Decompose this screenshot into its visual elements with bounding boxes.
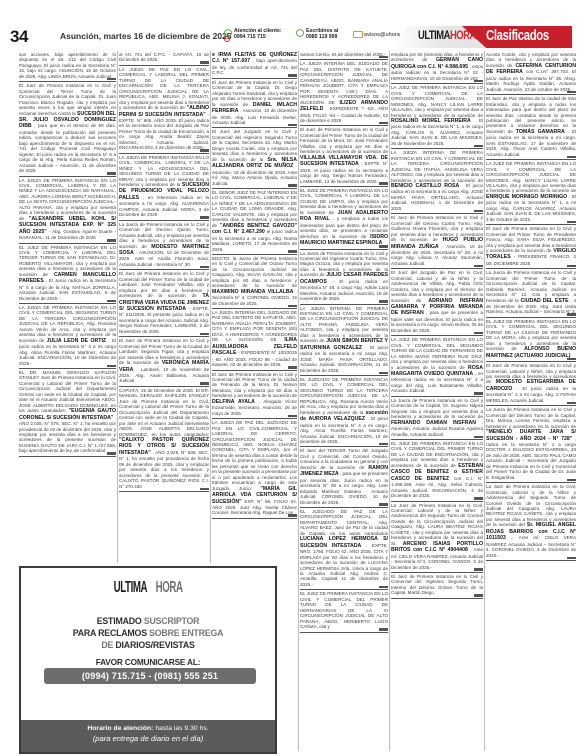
notice-id-tag (567, 91, 576, 94)
notice-text: EL JUEZ DE PRIMERA INSTANCIA EN LO CIVIL… (300, 591, 388, 629)
ad-hours-label: Horario de atención: (87, 725, 153, 732)
notice-subject: MAXIMINO MIRANDA VILLALBA (212, 289, 293, 295)
brand-logo-part1: ULTIMA (418, 30, 450, 42)
notice-id-tag (474, 594, 483, 597)
notice-id-tag (200, 266, 209, 269)
notice-subject: CIUDAD DEL ESTE (521, 298, 569, 304)
legal-notice: EL JUZGADO DE PRIMERA INSTANCIA EN LO CI… (300, 376, 388, 447)
notice-id-tag (288, 74, 297, 77)
legal-notice: El Juez de Primera Instancia en lo Civil… (486, 362, 576, 406)
legal-notice: LA JUEZA INTERINA DE PRIMERA INSTANCIA E… (391, 149, 483, 214)
envelope-icon (353, 31, 363, 38)
notice-subject: DELFINA AYALA (212, 399, 255, 405)
notice-id-tag (474, 497, 483, 500)
legal-notice: EDICTO: la Jueza de Primera Instancia en… (212, 255, 297, 309)
ad-hours-footer: Horario de atención: hasta las 9.30 hs. … (21, 720, 275, 752)
notice-text: sus acciones, bajo apercibimiento de lo … (19, 52, 116, 79)
notice-text: LA JUEZA DE PAZ DEL JUZGADO DE PAZ EN LO… (212, 420, 297, 490)
brand-logo: ULTIMAHORA (418, 30, 476, 42)
ad-heading-line1: ESTIMADO SUSCRIPTOR (21, 616, 275, 626)
legal-notice: La Jueza de Primera Instancia en lo Civi… (486, 269, 576, 318)
ad-line3-bold: DIARIOS/REVISTAS (115, 640, 194, 650)
notice-id-tag (200, 382, 209, 385)
notice-id-tag (288, 415, 297, 418)
legal-notice: e IRMA FLEITAS DE QUIÑONEZ C.I. N° 157.6… (212, 51, 297, 79)
legal-notice: al Art. 741 del C.P.C. - CAPIATÁ, 10 de … (119, 51, 209, 66)
customer-service-contact: Atención al cliente: 0994 715 715 (234, 28, 282, 41)
ad-line1-bold: ESTIMADO (97, 616, 142, 626)
legal-notice: LA JUEZ DE PRIMERA INSTANCIA EN LO CIVIL… (391, 336, 483, 397)
column-2: al Art. 741 del C.P.C. - CAPIATÁ, 10 de … (119, 51, 209, 563)
legal-notice: La Jueza de Primera Instancia en lo Civi… (486, 406, 576, 483)
notice-id-tag (107, 172, 116, 175)
notice-id-tag (474, 392, 483, 395)
whatsapp-contact: Escríbinos al 0985 119 999 (306, 28, 338, 41)
notice-text: al Art. 741 del C.P.C. - CAPIATÁ, 10 de … (119, 52, 209, 62)
notice-text: El Juez de Primera Instancia en lo Civil… (300, 127, 388, 154)
notice-id-tag (107, 300, 116, 303)
notice-text: LA JUEZ DE PRIMERA INSTANCIA EN LO CIVIL… (486, 161, 576, 193)
notice-subject: JULIA LEON DE ORTIZ (47, 338, 106, 344)
notice-id-tag (200, 333, 209, 336)
notice-id-tag (107, 452, 116, 455)
notice-id-tag (567, 479, 576, 482)
legal-notice: sus acciones, bajo apercibimiento de lo … (19, 51, 116, 82)
notice-text: La Jueza de Primera Instancia en lo Civi… (486, 407, 576, 428)
legal-notice: El Juez de Primera Instancia en lo Civil… (486, 225, 576, 269)
legal-notice: El Juez de Primera Instancia en lo Civil… (391, 214, 483, 269)
notice-subject: ENRIQUE MORINIGO MORINIGO (486, 194, 567, 200)
legal-notice: La Jueza de Primera Instancia en lo Civi… (300, 250, 388, 305)
page-number: 34 (10, 27, 28, 47)
notice-text: EL JUZGADO DE PAZ DE LA CIRCUNSCRIPCIÓN … (300, 509, 388, 536)
column-divider (484, 51, 485, 751)
notice-text: LA JUEZA DE PRIMERA INSTANCIA EN LO CIVI… (19, 178, 116, 221)
column-1: sus acciones, bajo apercibimiento de lo … (19, 51, 116, 563)
legal-notice: El Juez de Primera Instancia en lo Civil… (119, 270, 209, 337)
notice-text: EL DR. MANUEL GERALDO SAIFILDIN STANLEY … (19, 370, 116, 413)
column-6: Acosta Conde, cita y emplaza por sesenta… (486, 51, 576, 751)
notice-id-tag (288, 366, 297, 369)
legal-notice: Acosta Conde, cita y emplaza por sesenta… (486, 51, 576, 95)
legal-notice: La Jueza de Primera Instancia en lo Civi… (391, 397, 483, 440)
legal-notice: EL DR. MANUEL GERALDO SAIFILDIN STANLEY … (19, 369, 116, 457)
legal-notice: CAPIATÁ, 15 de Diciembre de 2025. El DR.… (119, 387, 209, 492)
notice-text: El Juez de Primera Instancia en lo Civil… (212, 372, 297, 399)
notice-id-tag (567, 265, 576, 268)
column-divider (117, 51, 118, 563)
notice-text: EDICTO: la Jueza de Primera Instancia en… (212, 256, 297, 288)
ad-hours-value: hasta las 9.30 hs. (155, 725, 208, 732)
column-divider (210, 51, 211, 563)
ad-hours-note: (para entrega de diario en el día) (21, 732, 275, 743)
notice-text: LA JUEZ DE PRIMERA INSTANCIA EN LO CIVIL… (391, 85, 483, 117)
legal-notice: LA JUEZA DE PAZ DEL JUZGADO DE PAZ EN LO… (212, 419, 297, 519)
notice-id-tag (200, 488, 209, 491)
notice-id-tag (200, 216, 209, 219)
phone-icon (224, 36, 230, 42)
notice-id-tag (474, 80, 483, 83)
legal-notice: El Juez de Primera Instancia en lo Civil… (212, 371, 297, 420)
notice-text: . AÑO 2.025, N° 575, SEC. N° 1, ha resue… (19, 415, 116, 454)
notice-text: La Jueza de Primera Instancia en lo Civi… (391, 398, 483, 419)
whatsapp-icon (296, 29, 304, 37)
notice-text: El Juez de Primera Instancia en lo Civil… (391, 574, 483, 595)
notice-id-tag (567, 313, 576, 316)
notice-id-tag (379, 372, 388, 375)
notice-id-tag (567, 557, 576, 560)
ad-line2-bold: PARA RECLAMOS (73, 628, 147, 638)
legal-notice: LA JUEZA DE PRIMERA INSTANCIA EN LO CIVI… (119, 154, 209, 221)
legal-notice: LA JUEZA DE PAZ EN LO CIVIL, COMERCIAL Y… (119, 66, 209, 154)
page-header: 34 Asunción, martes 16 de diciembre de 2… (0, 26, 580, 48)
notice-text: La Juez de Primera Instancia en lo Civil… (391, 503, 483, 546)
notice-subject: FERNANDO DAMIAN INSFRAN (391, 420, 476, 426)
notice-id-tag (379, 586, 388, 589)
notice-id-tag (200, 61, 209, 64)
legal-notice: LA JUEZ DE PRIMERA INSTANCIA EN LO CIVIL… (391, 84, 483, 149)
ad-heading-line3: DE DIARIOS/REVISTAS (21, 640, 275, 650)
legal-notice: El Juez de Primera Instancia en lo Civil… (119, 337, 209, 387)
notice-id-tag (474, 210, 483, 213)
legal-notice: El Juez de Primera Instancia en lo Civil… (19, 82, 116, 176)
notice-id-tag (379, 56, 388, 59)
legal-notice: emplaza por 60 (sesenta) días, a hereder… (391, 51, 483, 84)
notice-id-tag (200, 149, 209, 152)
legal-notice: El Juez del Juzgado en lo Civil y Comerc… (212, 128, 297, 189)
notice-subject: "MENELIO DUARTE JARA S/ SUCESIÓN - AÑO 2… (486, 429, 576, 441)
ad-line3-light: DE (101, 640, 113, 650)
legal-notice: LA JUEZA DE PRIMERA INSTANCIA EN LO CIVI… (19, 304, 116, 369)
notice-id-tag (379, 628, 388, 631)
ad-brand-part2: HORA (156, 579, 183, 597)
page-date: Asunción, martes 16 de diciembre de 2025 (60, 31, 232, 41)
notice-text: , radica en la secretaría N° 1 a cargo D… (486, 436, 576, 480)
legal-notice: La Juez de Primera Instancia en la Civil… (486, 483, 576, 561)
notice-text: , para que en el término de 60 días, con… (19, 123, 116, 173)
notice-id-tag (474, 436, 483, 439)
notice-id-tag (567, 221, 576, 224)
notice-id-tag (107, 365, 116, 368)
notice-id-tag (107, 239, 116, 242)
notice-id-tag (474, 332, 483, 335)
column-4: Santos Cerrito, 04 de diciembre del 2025… (300, 51, 388, 751)
notice-id-tag (567, 402, 576, 405)
legal-notice: EL JUEZ DE PRIMERA INSTANCIA EN LO CIVIL… (300, 187, 388, 250)
notice-text: LA JUEZA INTERINA DE PRIMERA INSTANCIA E… (391, 150, 483, 182)
notice-text: LA JUEZA INTERINA DEL JUZGADO DE PAZ DEL… (300, 61, 388, 104)
notice-id-tag (288, 184, 297, 187)
notice-text: . AÑO 2.025, N° 605, SEC. N° 1, ha resue… (119, 450, 209, 489)
ad-line1-light: SUSCRIPTOR (144, 616, 200, 626)
customer-service-phone[interactable]: 0994 715 715 (234, 34, 282, 40)
legal-notice: EL JUEZ DE PRIMERA INSTANCIA EN LO CIVIL… (300, 590, 388, 632)
legal-notice: El Juez del Juzgado de Paz en lo Civil, … (391, 269, 483, 336)
notice-id-tag (288, 250, 297, 253)
notice-id-tag (288, 124, 297, 127)
legal-notice: LA JUEZA INTERINA DEL JUZGADO DE PAZ DEL… (300, 60, 388, 126)
column-3: e IRMA FLEITAS DE QUIÑONEZ C.I. N° 157.6… (212, 51, 297, 563)
notice-subject: ROSALINO MOREL FERREIRA (391, 118, 471, 124)
legal-notice: LA JUEZA INTERINA DE PRIMERA INSTANCIA E… (300, 305, 388, 376)
legal-notice: EL JUEZ DE PRIMERA INSTANCIA EN LO CIVIL… (19, 244, 116, 305)
legal-notice: EL SEÑOR JUEZ DE PAZ INTERINO EN LO CIVI… (212, 189, 297, 255)
ad-line2-light: SOBRE ENTREGA (149, 628, 223, 638)
ad-brand-part1: ULTIMA (114, 579, 147, 597)
legal-notice: Santos Cerrito, 04 de diciembre del 2025… (300, 51, 388, 60)
legal-notice: La Juez de Primera Instancia en lo Civil… (391, 502, 483, 573)
legal-notice: EL JUEZ DE PRIMERA INSTANCIA EN LO CIVIL… (391, 440, 483, 502)
legal-notice: El Juez de Primera Instancia en lo Civil… (391, 573, 483, 599)
legal-notice: LA JUEZ DE PRIMERA INSTANCIA EN LO CIVIL… (486, 160, 576, 225)
notice-text: LA JUEZA DE PAZ EN LO CIVIL, COMERCIAL Y… (119, 67, 209, 110)
legal-notice: El Juez de Primera Instancia en lo Civil… (300, 126, 388, 187)
ad-contact-prompt: FAVOR COMUNICARSE AL: (21, 657, 275, 667)
legal-notice: El Juez del TERCER Turno del Juzgado Civ… (300, 447, 388, 508)
ad-heading-line2: PARA RECLAMOS SOBRE ENTREGA (21, 628, 275, 638)
notice-text: El Juez de Primera Instancia en lo Civil… (119, 271, 209, 298)
notice-id-tag (379, 182, 388, 185)
notice-id-tag (474, 265, 483, 268)
notice-id-tag (379, 122, 388, 125)
notice-text: . Lambaré, 10 de noviembre de 2025. Abg.… (119, 367, 209, 384)
notice-id-tag (379, 300, 388, 303)
legal-notice: El Juez de Paz Interino de la ciudad de … (486, 95, 576, 160)
notice-id-tag (567, 358, 576, 361)
notice-id-tag (288, 305, 297, 308)
notice-subject: TOMÁS GAMARRA (516, 129, 565, 135)
notice-id-tag (288, 514, 297, 517)
column-5: emplaza por 60 (sesenta) días, a hereder… (391, 51, 483, 751)
notice-id-tag (474, 568, 483, 571)
section-title: Clasificados (486, 28, 549, 44)
notice-id-tag (379, 245, 388, 248)
ad-brand-logo: ULTIMAHORA (21, 579, 275, 597)
column-divider (298, 51, 299, 751)
column-divider (389, 51, 390, 751)
notice-id-tag (379, 443, 388, 446)
notice-id-tag (107, 78, 116, 81)
notice-text: CAPIATÁ, 15 de Diciembre de 2025. El DR.… (119, 388, 209, 437)
subscriber-ad: ULTIMAHORA ESTIMADO SUSCRIPTOR PARA RECL… (19, 566, 277, 754)
ad-phone-numbers[interactable]: (0994) 715.715 - (0981) 555 251 (44, 668, 256, 684)
legal-notice: EL JUZGADO DE PAZ DE LA CIRCUNSCRIPCIÓN … (300, 508, 388, 590)
notice-id-tag (567, 156, 576, 159)
legal-notice: LA JUEZA INTERINA DEL JUZGADO DE PAZ DEL… (212, 309, 297, 371)
whatsapp-number[interactable]: 0985 119 999 (306, 34, 338, 40)
legal-notice: EL JUEZ DE PRIMERA INSTANCIA EN LO CIVIL… (486, 318, 576, 362)
notice-text: La Juez de Primera Instancia en la Civil… (486, 484, 576, 527)
notice-text: . EXPTE. NRO. 1766, FOLIO 62, AÑO 2025, … (300, 543, 388, 587)
notice-id-tag (474, 145, 483, 148)
legal-notice: El Juez de Primera Instancia en lo Civil… (212, 79, 297, 129)
legal-notice: La Jueza de Primera Instancia en lo Civi… (119, 221, 209, 271)
legal-notice: LA JUEZA DE PRIMERA INSTANCIA EN LO CIVI… (19, 177, 116, 244)
notice-text: Santos Cerrito, 04 de diciembre del 2025… (300, 52, 385, 57)
notice-text: -EXPTE. N° 665. AÑO 2025. El juicio radi… (119, 112, 209, 151)
notice-id-tag (379, 503, 388, 506)
